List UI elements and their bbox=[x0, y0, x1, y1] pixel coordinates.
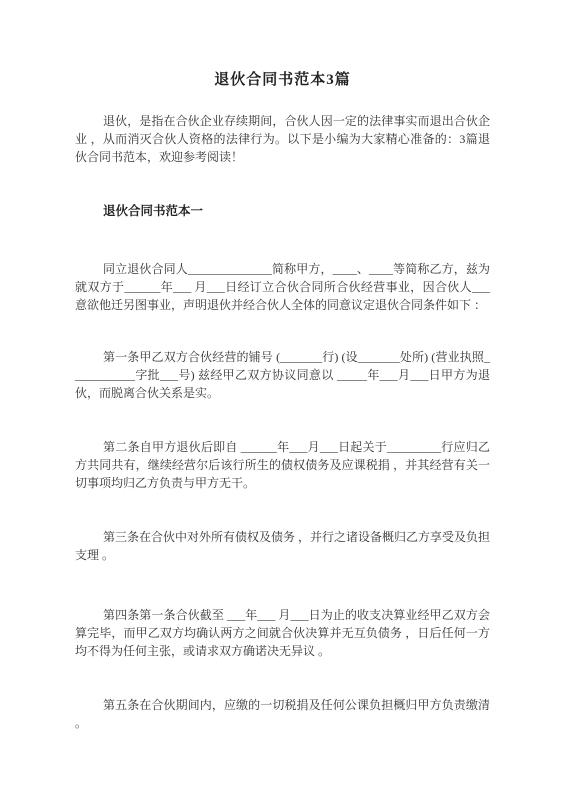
clause-paragraph-4: 第四条第一条合伙截至 ___年___ 月___日为止的收支决算业经甲乙双方会算完… bbox=[75, 606, 490, 660]
preamble-paragraph: 同立退伙合同人______________简称甲方，____、____等简称乙方… bbox=[75, 260, 490, 314]
clause-paragraph-3: 第三条在合伙中对外所有债权及债务 ，并行之诸设备概归乙方享受及负担支理 。 bbox=[75, 528, 490, 564]
clause-paragraph-2: 第二条自甲方退伙后即自 ______年___月___日起关于_________行… bbox=[75, 438, 490, 492]
clause-paragraph-5: 第五条在合伙期间内，应缴的一切税捐及任何公课负担概归甲方负责缴清 。 bbox=[75, 696, 490, 732]
document-title: 退伙合同书范本3篇 bbox=[75, 70, 490, 90]
intro-paragraph: 退伙，是指在合伙企业存续期间，合伙人因一定的法律事实而退出合伙企业 ，从而消灭合… bbox=[75, 112, 490, 166]
document-page: 退伙合同书范本3篇 退伙，是指在合伙企业存续期间，合伙人因一定的法律事实而退出合… bbox=[0, 0, 566, 800]
section-heading-template-one: 退伙合同书范本一 bbox=[103, 202, 490, 220]
clause-paragraph-1: 第一条甲乙双方合伙经营的铺号 (_______行) (设_______处所) (… bbox=[75, 348, 490, 402]
